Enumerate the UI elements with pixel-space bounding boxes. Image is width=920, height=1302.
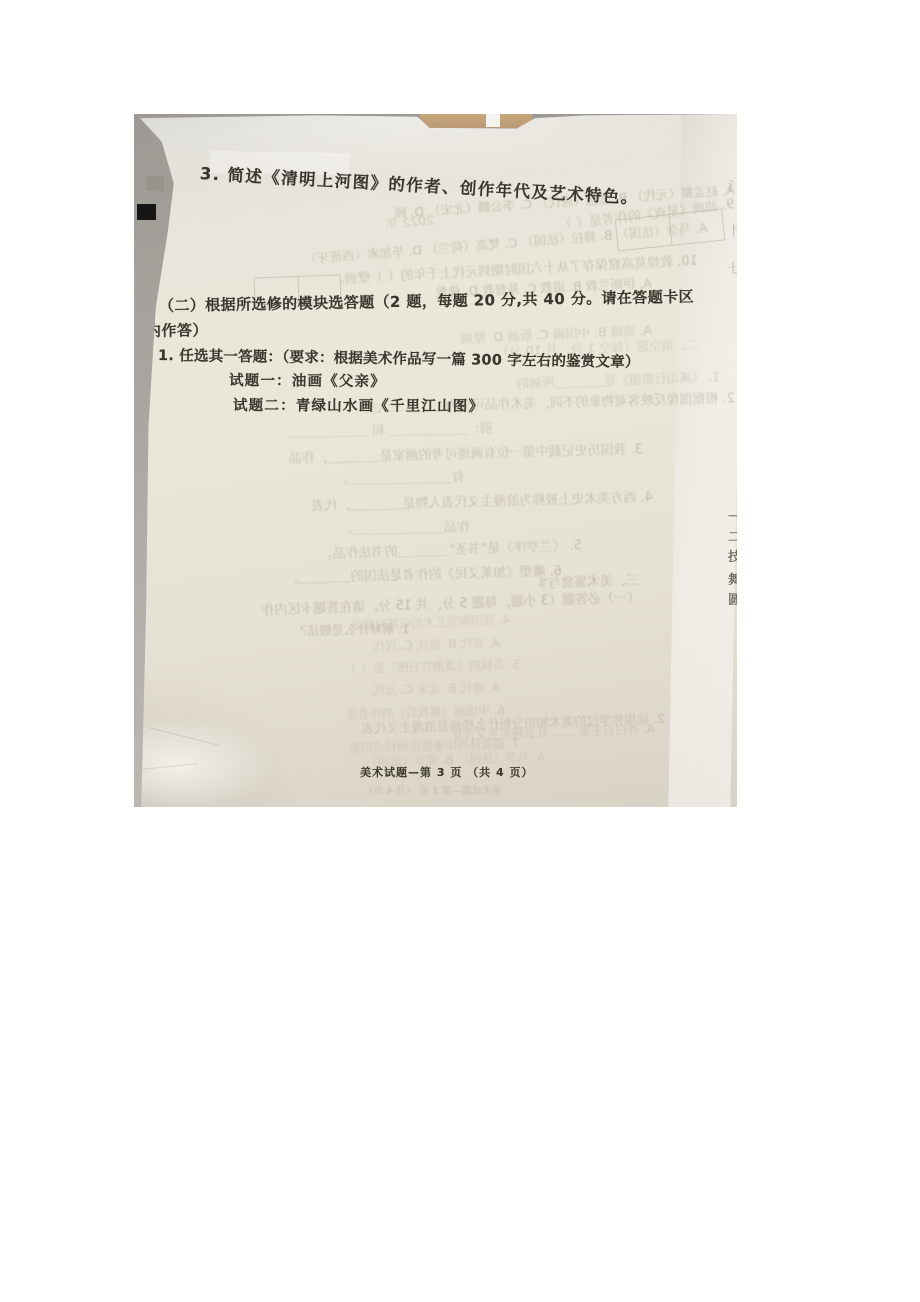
bleedthrough-line: 6. 雕塑《加莱义民》的作者是法国的＿＿＿＿。 [262,560,562,587]
bleedthrough-line: 别：＿＿＿＿＿＿ 和 ＿＿＿＿＿＿ [213,418,493,442]
grey-backdrop-mark [146,176,164,191]
bleedthrough-line: 有＿＿＿＿＿＿＿＿。 [255,466,465,489]
paper-crease [140,763,198,770]
bleedthrough-line: 作品＿＿＿＿＿＿＿。 [255,516,470,539]
table-surface-strip [420,114,532,128]
clipped-edge-character: 卜 [728,220,737,236]
bleedthrough-line: 2022 年 [367,210,434,234]
topic-option-1: 试题一：油画《父亲》 [229,369,386,391]
bleedthrough-line: 4. 西方美术史上被称为浪漫主义代表人物是＿＿＿＿，代表 [213,486,653,517]
black-backdrop-mark [137,204,156,220]
clipped-edge-character: 氵 [728,176,737,192]
clipped-edge-character: 二 [728,526,737,542]
clipped-edge-character: 七 [728,258,737,274]
clipped-edge-character: 圆 [728,589,737,605]
bleedthrough-line: A. 晋代 B. 唐代 C. 汉代 [350,634,500,655]
exam-paper-photo: A. 赵孟頫（元代） B. 张萱（唐代） C. 李公麟（北宋） D. 顾恺之（晋… [134,114,737,807]
clipped-edge-character: 舞 [728,569,737,585]
page-footer: 美术试题—第 3 页 （共 4 页） [360,764,533,780]
paper-crease [149,727,219,745]
bleedthrough-line: 美术试题—第 2 页 （共 4 页） [362,782,502,797]
screenshot-canvas: A. 赵孟頫（元代） B. 张萱（唐代） C. 李公麟（北宋） D. 顾恺之（晋… [0,0,920,1302]
bleedthrough-line: A. 唐代 B. 北宋 C. 元代 [350,679,500,699]
clipped-edge-character: 技 [728,546,737,562]
section-2-heading-continued: 内作答） [146,319,208,341]
clipped-edge-character: 一 [728,506,737,522]
section-2-heading: （二）根据所选修的模块选答题（2 题，每题 20 分,共 40 分。请在答题卡区 [159,286,694,316]
bleedthrough-line: 3. 我国历史记载中第一位有画迹可考的画家是＿＿＿＿，作品 [213,438,643,468]
bleedthrough-line: 5. 苏轼的《潇湘竹石图》是（ ） [320,655,520,677]
table-surface-gap [486,114,500,127]
exam-paper-sheet: A. 赵孟頫（元代） B. 张萱（唐代） C. 李公麟（北宋） D. 顾恺之（晋… [134,114,737,807]
topic-option-2: 试题二：青绿山水画《千里江山图》 [233,394,484,416]
